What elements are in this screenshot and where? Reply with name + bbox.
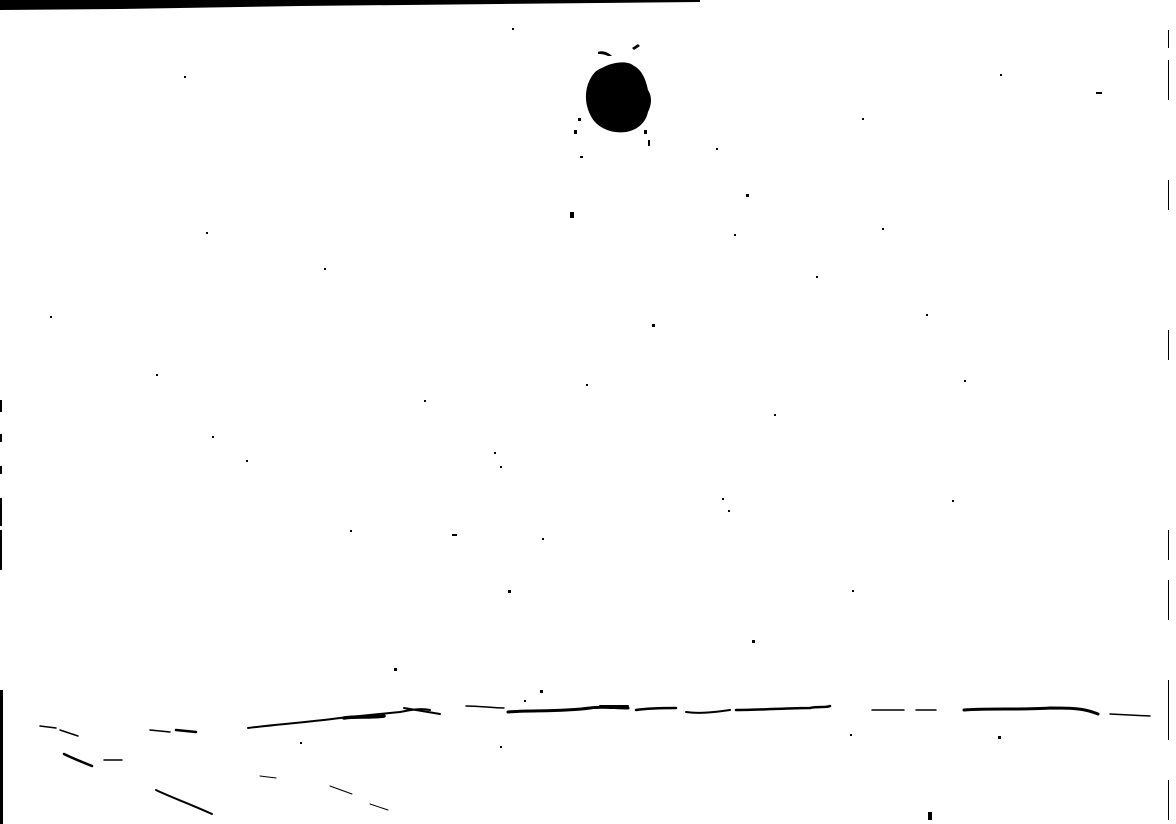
photo-scene	[0, 0, 1176, 824]
